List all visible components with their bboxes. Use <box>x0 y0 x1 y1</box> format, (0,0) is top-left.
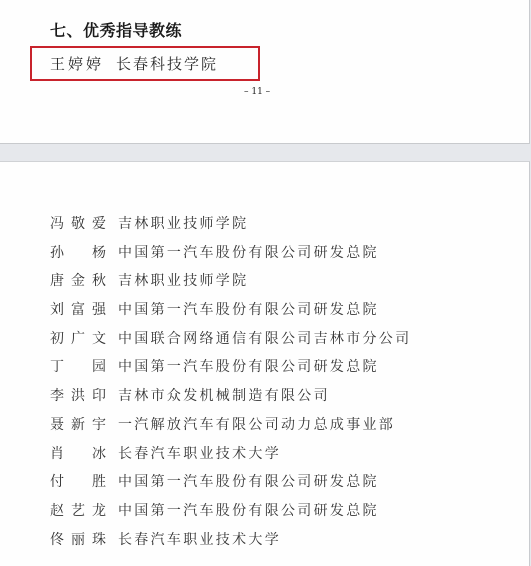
organization: 吉林市众发机械制造有限公司 <box>118 386 330 415</box>
person-name: 肖 冰 <box>50 444 108 473</box>
organization: 中国第一汽车股份有限公司研发总院 <box>118 300 379 329</box>
list-item: 赵艺龙中国第一汽车股份有限公司研发总院 <box>50 501 411 530</box>
highlighted-coach-entry: 王婷婷长春科技学院 <box>50 53 218 74</box>
organization: 中国第一汽车股份有限公司研发总院 <box>118 472 379 501</box>
organization: 中国第一汽车股份有限公司研发总院 <box>118 501 379 530</box>
list-item: 冯敬爱吉林职业技师学院 <box>50 214 411 243</box>
person-name: 付 胜 <box>50 472 108 501</box>
person-name: 冯敬爱 <box>50 214 108 243</box>
document-page-12: 冯敬爱吉林职业技师学院 孙 杨中国第一汽车股份有限公司研发总院 唐金秋吉林职业技… <box>0 161 530 566</box>
organization: 中国联合网络通信有限公司吉林市分公司 <box>118 329 411 358</box>
list-item: 佟丽珠长春汽车职业技术大学 <box>50 530 411 559</box>
list-item: 孙 杨中国第一汽车股份有限公司研发总院 <box>50 243 411 272</box>
person-name: 孙 杨 <box>50 243 108 272</box>
person-name: 佟丽珠 <box>50 530 108 559</box>
list-item: 丁 园中国第一汽车股份有限公司研发总院 <box>50 357 411 386</box>
person-name: 初广文 <box>50 329 108 358</box>
list-item: 付 胜中国第一汽车股份有限公司研发总院 <box>50 472 411 501</box>
organization: 中国第一汽车股份有限公司研发总院 <box>118 357 379 386</box>
list-item: 初广文中国联合网络通信有限公司吉林市分公司 <box>50 329 411 358</box>
organization: 长春汽车职业技术大学 <box>118 444 281 473</box>
list-item: 李洪印吉林市众发机械制造有限公司 <box>50 386 411 415</box>
list-item: 肖 冰长春汽车职业技术大学 <box>50 444 411 473</box>
section-heading: 七、优秀指导教练 <box>50 18 182 41</box>
coach-name: 王婷婷 <box>50 55 104 73</box>
person-name: 刘富强 <box>50 300 108 329</box>
page-number: – 11 – <box>244 87 270 97</box>
person-name: 聂新宇 <box>50 415 108 444</box>
person-name: 唐金秋 <box>50 271 108 300</box>
person-name: 赵艺龙 <box>50 501 108 530</box>
list-item: 刘富强中国第一汽车股份有限公司研发总院 <box>50 300 411 329</box>
document-viewer[interactable]: 七、优秀指导教练 王婷婷长春科技学院 – 11 – 冯敬爱吉林职业技师学院 孙 … <box>0 0 531 566</box>
person-name: 李洪印 <box>50 386 108 415</box>
list-item: 聂新宇 一汽解放汽车有限公司动力总成事业部 <box>50 415 411 444</box>
organization: 中国第一汽车股份有限公司研发总院 <box>118 243 379 272</box>
person-name: 丁 园 <box>50 357 108 386</box>
organization: 一汽解放汽车有限公司动力总成事业部 <box>118 415 395 444</box>
organization: 长春汽车职业技术大学 <box>118 530 281 559</box>
list-item: 唐金秋吉林职业技师学院 <box>50 271 411 300</box>
organization: 吉林职业技师学院 <box>118 271 248 300</box>
coach-organization: 长春科技学院 <box>116 55 218 73</box>
document-page-11: 七、优秀指导教练 王婷婷长春科技学院 – 11 – <box>0 0 530 144</box>
organization: 吉林职业技师学院 <box>118 214 248 243</box>
coach-list: 冯敬爱吉林职业技师学院 孙 杨中国第一汽车股份有限公司研发总院 唐金秋吉林职业技… <box>50 214 411 558</box>
